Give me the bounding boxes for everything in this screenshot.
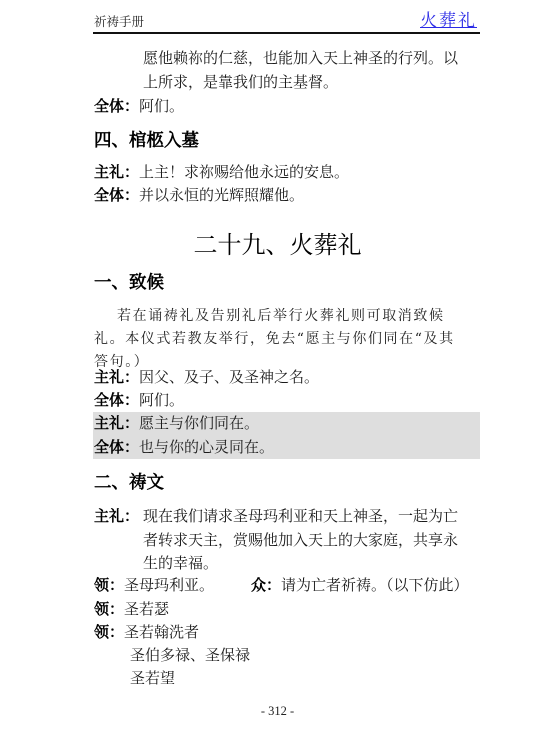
litany-text: 圣母玛利亚。 — [124, 576, 214, 594]
prayer-line: 者转求天主，赏赐他加入天上的大家庭，共享永 — [143, 529, 458, 553]
section-heading: 二、祷文 — [94, 469, 164, 494]
litany-line: 领：圣若翰洗者 — [94, 621, 199, 645]
dialogue-line: 主礼：上主！求祢赐给他永远的安息。 — [94, 161, 349, 185]
chapter-link[interactable]: 火葬礼 — [420, 6, 477, 31]
dialogue-text: 也与你的心灵同在。 — [139, 438, 274, 456]
speaker-label: 主礼： — [94, 163, 139, 181]
dialogue-text: 因父、及子、及圣神之名。 — [139, 368, 319, 386]
dialogue-text: 上主！求祢赐给他永远的安息。 — [139, 163, 349, 181]
dialogue-text: 阿们。 — [139, 391, 184, 409]
book-title: 祈祷手册 — [94, 12, 144, 30]
page-number: - 312 - — [0, 704, 555, 719]
litany-response: 众：请为亡者祈祷。（以下仿此） — [251, 574, 469, 598]
prayer-line: 愿他赖祢的仁慈，也能加入天上神圣的行列。以 — [143, 47, 458, 71]
speaker-label: 全体： — [94, 438, 139, 456]
response-text: 阿们。 — [139, 97, 184, 115]
header-divider — [93, 32, 480, 34]
litany-line: 领：圣母玛利亚。 — [94, 574, 214, 598]
speaker-label: 全体： — [94, 97, 139, 115]
prayer-line: 上所求，是靠我们的主基督。 — [143, 71, 338, 95]
litany-line: 领：圣若瑟 — [94, 598, 169, 622]
section-heading: 四、棺柩入墓 — [94, 127, 199, 152]
speaker-label-row: 主礼： — [94, 505, 139, 529]
speaker-label: 主礼： — [94, 414, 139, 432]
dialogue-text: 愿主与你们同在。 — [139, 414, 259, 432]
leader-label: 领： — [94, 576, 124, 594]
dialogue-line: 全体：阿们。 — [94, 389, 184, 413]
litany-text: 圣若翰洗者 — [124, 623, 199, 641]
litany-text: 圣若瑟 — [124, 600, 169, 618]
dialogue-text: 并以永恒的光辉照耀他。 — [139, 186, 304, 204]
speaker-label: 主礼： — [94, 507, 139, 525]
speaker-label: 全体： — [94, 391, 139, 409]
people-label: 众： — [251, 576, 281, 594]
rubric-line: 答句。） — [94, 342, 149, 362]
section-heading: 一、致候 — [94, 269, 164, 294]
response-line: 全体：阿们。 — [94, 95, 184, 119]
dialogue-line: 全体：也与你的心灵同在。 — [94, 436, 274, 460]
speaker-label: 主礼： — [94, 368, 139, 386]
litany-continued: 圣若望 — [130, 667, 175, 691]
litany-continued: 圣伯多禄、圣保禄 — [130, 644, 250, 668]
chapter-title: 二十九、火葬礼 — [0, 225, 555, 260]
rubric-line: 若在诵祷礼及告别礼后举行火葬礼则可取消致候 — [117, 305, 445, 325]
dialogue-line: 全体：并以永恒的光辉照耀他。 — [94, 184, 304, 208]
dialogue-line: 主礼：因父、及子、及圣神之名。 — [94, 366, 319, 390]
leader-label: 领： — [94, 623, 124, 641]
prayer-line: 现在我们请求圣母玛利亚和天上神圣，一起为亡 — [143, 505, 458, 529]
dialogue-line: 主礼：愿主与你们同在。 — [94, 412, 259, 436]
litany-response-text: 请为亡者祈祷。（以下仿此） — [281, 576, 469, 594]
leader-label: 领： — [94, 600, 124, 618]
prayer-line: 生的幸福。 — [143, 552, 218, 576]
speaker-label: 全体： — [94, 186, 139, 204]
